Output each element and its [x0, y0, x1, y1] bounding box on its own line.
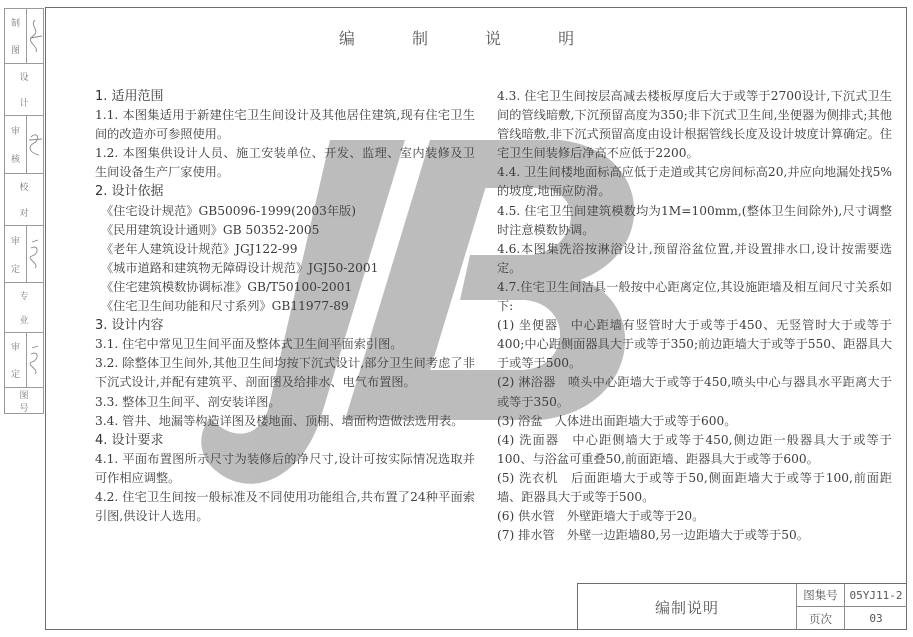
section-heading: 1. 适用范围 [95, 87, 475, 106]
reference-item: 《民用建筑设计通则》GB 50352-2005 [95, 221, 475, 240]
paragraph: 3.2. 除整体卫生间外,其他卫生间均按下沉式设计,部分卫生间考虑了非下沉式设计… [95, 354, 475, 392]
strip-label: 审 [11, 124, 20, 137]
section-heading: 3. 设计内容 [95, 316, 475, 335]
strip-label: 号 [19, 401, 28, 414]
strip-row: 校对 [5, 174, 43, 226]
strip-label: 计 [19, 96, 28, 109]
signature [27, 116, 43, 173]
strip-row: 审定 [5, 226, 43, 283]
signature [27, 226, 43, 282]
paragraph: 1.1. 本图集适用于新建住宅卫生间设计及其他居住建筑,现有住宅卫生间的改造亦可… [95, 106, 475, 144]
paragraph: 3.3. 整体卫生间平、剖安装详图。 [95, 393, 475, 412]
title-block-name: 编制说明 [578, 584, 797, 630]
paragraph: 4.2. 住宅卫生间按一般标准及不同使用功能组合,共布置了24种平面索引图,供设… [95, 488, 475, 526]
strip-label: 定 [11, 262, 20, 275]
strip-label: 定 [11, 367, 20, 380]
atlas-number-label: 图集号 [797, 584, 845, 607]
list-item: (7) 排水管 外壁一边距墙80,另一边距墙大于或等于50。 [497, 526, 892, 545]
strip-label: 图 [19, 388, 28, 401]
strip-row: 审定 [5, 333, 43, 388]
strip-label: 核 [11, 152, 20, 165]
strip-label: 审 [11, 234, 20, 247]
paragraph: 1.2. 本图集供设计人员、施工安装单位、开发、监理、室内装修及卫生间设备生产厂… [95, 144, 475, 182]
reference-item: 《住宅卫生间功能和尺寸系列》GB11977-89 [95, 297, 475, 316]
paragraph: 3.4. 管井、地漏等构造详图及楼地面、顶棚、墙面构造做法选用表。 [95, 412, 475, 431]
paragraph: 4.4. 卫生间楼地面标高应低于走道或其它房间标高20,并应向地漏处找5%的坡度… [497, 163, 892, 201]
strip-row: 图号 [5, 388, 43, 413]
right-column: 4.3. 住宅卫生间按层高减去楼板厚度后大于或等于2700设计,下沉式卫生间的管… [497, 87, 892, 545]
list-item: (4) 洗面器 中心距侧墙大于或等于450,侧边距一般器具大于或等于100、与浴… [497, 431, 892, 469]
reference-item: 《住宅设计规范》GB50096-1999(2003年版) [95, 202, 475, 221]
list-item: (3) 浴盆 人体进出面距墙大于或等于600。 [497, 412, 892, 431]
strip-label: 设 [19, 70, 28, 83]
page-number-label: 页次 [797, 607, 845, 630]
strip-label: 业 [19, 313, 28, 326]
strip-row: 设计 [5, 64, 43, 116]
atlas-number-value: 05YJ11-2 [845, 584, 907, 607]
list-item: (2) 淋浴器 喷头中心距墙大于或等于450,喷头中心与器具水平距离大于或等于3… [497, 373, 892, 411]
sign-off-strip: 制图 设计 审核 校对 审定 专业 审定 图号 [4, 8, 44, 414]
strip-label: 校 [19, 180, 28, 193]
paragraph: 3.1. 住宅中常见卫生间平面及整体式卫生间平面索引图。 [95, 335, 475, 354]
paragraph: 4.5. 住宅卫生间建筑模数均为1M=100mm,(整体卫生间除外),尺寸调整时… [497, 202, 892, 240]
list-item: (6) 供水管 外壁距墙大于或等于20。 [497, 507, 892, 526]
reference-item: 《住宅建筑模数协调标准》GB/T50100-2001 [95, 278, 475, 297]
strip-label: 对 [19, 206, 28, 219]
signature [27, 333, 43, 387]
paragraph: 4.7.住宅卫生间洁具一般按中心距离定位,其设施距墙及相互间尺寸关系如下: [497, 278, 892, 316]
strip-label: 审 [11, 340, 20, 353]
paragraph: 4.6.本图集洗浴按淋浴设计,预留浴盆位置,并设置排水口,设计按需要选定。 [497, 240, 892, 278]
section-heading: 2. 设计依据 [95, 182, 475, 201]
list-item: (1) 坐便器 中心距墙有竖管时大于或等于450、无竖管时大于或等于400;中心… [497, 316, 892, 373]
strip-row: 审核 [5, 116, 43, 174]
page-number-value: 03 [845, 607, 907, 630]
left-column: 1. 适用范围 1.1. 本图集适用于新建住宅卫生间设计及其他居住建筑,现有住宅… [95, 87, 475, 526]
section-heading: 4. 设计要求 [95, 431, 475, 450]
strip-label: 专 [19, 289, 28, 302]
title-block: 编制说明 图集号 05YJ11-2 页次 03 [577, 583, 907, 630]
paragraph: 4.1. 平面布置图所示尺寸为装修后的净尺寸,设计可按实际情况选取并可作相应调整… [95, 450, 475, 488]
page-title: 编 制 说 明 [0, 26, 913, 49]
strip-row: 专业 [5, 283, 43, 333]
reference-item: 《城市道路和建筑物无障碍设计规范》JGJ50-2001 [95, 259, 475, 278]
reference-item: 《老年人建筑设计规范》JGJ122-99 [95, 240, 475, 259]
paragraph: 4.3. 住宅卫生间按层高减去楼板厚度后大于或等于2700设计,下沉式卫生间的管… [497, 87, 892, 163]
list-item: (5) 洗衣机 后面距墙大于或等于50,侧面距墙大于或等于100,前面距墙、距器… [497, 469, 892, 507]
